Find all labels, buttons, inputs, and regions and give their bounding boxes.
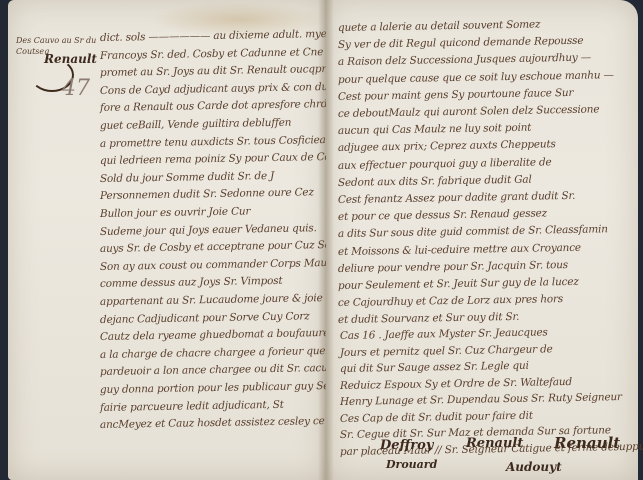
signature: Audouyt [506, 460, 562, 474]
manuscript-line: fore a Renault ous Carde dot apresfore c… [100, 98, 333, 114]
manuscript-line: Cest fenantz Assez pour dadite grant dud… [338, 190, 575, 206]
manuscript-line: Reduicz Espoux Sy et Ordre de Sr. Waltef… [340, 375, 572, 391]
manuscript-line: dejanc Cadjudicant pour Sorve Cuy Corz [100, 310, 310, 326]
manuscript-line: Cest pour maint gens Sy pourtoune fauce … [338, 87, 573, 103]
folio-number: 47 [62, 76, 90, 101]
margin-note: Des Cauvo au Sr du [16, 36, 96, 45]
manuscript-line: a la charge de chacre chargee a forieur … [100, 345, 338, 361]
manuscript-line: appartenant au Sr. Lucaudome joure & joi… [100, 292, 323, 308]
manuscript-line: Sold du jour Somme dudit Sr. de J [100, 170, 274, 185]
manuscript-line: a promettre tenu auxdicts Sr. tous Cosfi… [100, 133, 353, 149]
manuscript-line: a Raison delz Successiona Jusques aujour… [338, 52, 591, 68]
manuscript-line: fairie parcueure ledit adjudicant, St [100, 398, 284, 413]
signature: Renault [554, 434, 620, 452]
manuscript-line: Cautz dela ryeame ghuedbomat a boufauure [100, 327, 329, 343]
manuscript-line: deliure pour vendre pour Sr. Jacquin Sr.… [338, 259, 568, 275]
manuscript-line: adjugee aux prix; Ceprez auxts Cheppeuts [338, 139, 556, 155]
manuscript-line: quete a lalerie au detail souvent Somez [338, 18, 541, 34]
signature: Drouard [386, 458, 437, 471]
manuscript-line: a dits Sur sous dite guid commist de Sr.… [338, 224, 608, 241]
manuscript-line: comme dessus auz Joys Sr. Vimpost [100, 275, 283, 290]
manuscript-line: ce Cajourdhuy et Caz de Lorz aux pres ho… [338, 293, 563, 309]
manuscript-line: pour Seulement et Sr. Jeuit Sur guy de l… [338, 276, 579, 292]
manuscript-line: Sudeme jour qui Joys eauer Vedaneu quis. [100, 222, 317, 238]
manuscript-line: Bullon jour es ouvrir Joie Cur [100, 205, 250, 220]
manuscript-line: aucun qui Cas Maulz ne luy soit point [338, 122, 531, 137]
signature: Deffroy [380, 438, 433, 453]
manuscript-line: Ces Cap de dit Sr. dudit pour faire dit [340, 409, 533, 424]
manuscript-line: ancMeyez et Cauz hosdet assistez cesley … [100, 415, 349, 431]
manuscript-spread: Des Cauvo au Sr du Coutseq Renault 47 di… [0, 0, 643, 480]
manuscript-line: auys Sr. de Cosby et acceptrane pour Cuz… [100, 239, 336, 255]
manuscript-line: Cas 16 . Jaeffe aux Myster Sr. Jeaucques [340, 326, 548, 342]
book-gutter [318, 0, 334, 480]
manuscript-line: et dudit Sourvanz et Sur ouy dit Sr. [338, 311, 519, 326]
manuscript-line: pour quelque cause que ce soit luy escho… [338, 69, 614, 86]
manuscript-line: Son ay aux coust ou commander Corps Mauz [100, 257, 333, 273]
manuscript-line: qui dit Sur Sauge assez Sr. Legle qui [340, 360, 529, 375]
manuscript-line: et pour ce que dessus Sr. Renaud gessez [338, 208, 547, 224]
manuscript-line: guet ceBaill, Vende guiltira debluffen [100, 117, 291, 132]
manuscript-line: Sedont aux dits Sr. fabrique dudit Gal [338, 173, 532, 188]
right-page: quete a lalerie au detail souvent SomezS… [326, 0, 638, 480]
manuscript-line: guy donna portion pour les publicaur guy… [100, 380, 335, 396]
manuscript-line: Henry Lunage et Sr. Dupendau Sous Sr. Ru… [340, 391, 622, 408]
manuscript-line: Sy ver de dit Regul quicond demande Repo… [338, 35, 584, 51]
manuscript-line: qui ledrieen rema poiniz Sy pour Caux de… [100, 151, 336, 167]
signature: Renault [466, 436, 523, 451]
manuscript-line: Personnemen dudit Sr. Sedonne oure Cez [100, 187, 314, 203]
manuscript-line: aux effectuer pourquoi guy a liberalite … [338, 156, 552, 172]
manuscript-line: ce deboutMaulz qui auront Solen delz Suc… [338, 103, 600, 120]
manuscript-line: et Moissons & lui-ceduire mettre aux Cro… [338, 241, 581, 257]
left-page: Des Cauvo au Sr du Coutseq Renault 47 di… [8, 0, 326, 480]
manuscript-line: Jours et pernitz quel Sr. Cuz Chargeur d… [340, 343, 553, 359]
